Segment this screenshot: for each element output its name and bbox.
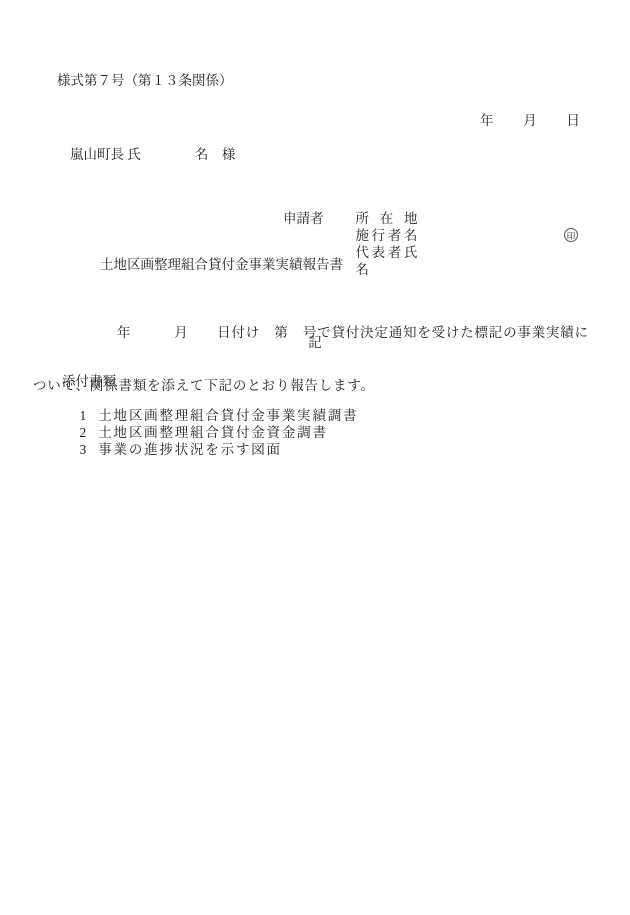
applicant-representative-row: 代表者氏名 — [342, 227, 418, 295]
section-marker-ki: 記 — [0, 334, 630, 351]
attachments-heading: 添付書類 — [62, 373, 116, 390]
applicant-role-label: 申請者 — [283, 210, 324, 227]
addressee-line: 嵐山町長 氏 名 様 — [70, 146, 235, 163]
document-page: 様式第７号（第１３条関係） 年 月 日 嵐山町長 氏 名 様 所在地 申請者 施… — [0, 0, 630, 915]
date-blank-line: 年 月 日 — [480, 112, 581, 129]
attachment-item-number: 3 — [80, 442, 87, 457]
attachment-item-label: 事業の進捗状況を示す図面 — [98, 442, 282, 457]
attachment-item: 3事業の進捗状況を示す図面 — [66, 424, 282, 475]
form-number: 様式第７号（第１３条関係） — [57, 72, 233, 89]
seal-mark-icon: 印 — [564, 228, 578, 242]
applicant-representative-label: 代表者氏名 — [356, 244, 418, 278]
document-title: 土地区画整理組合貸付金事業実績報告書 — [100, 256, 343, 273]
